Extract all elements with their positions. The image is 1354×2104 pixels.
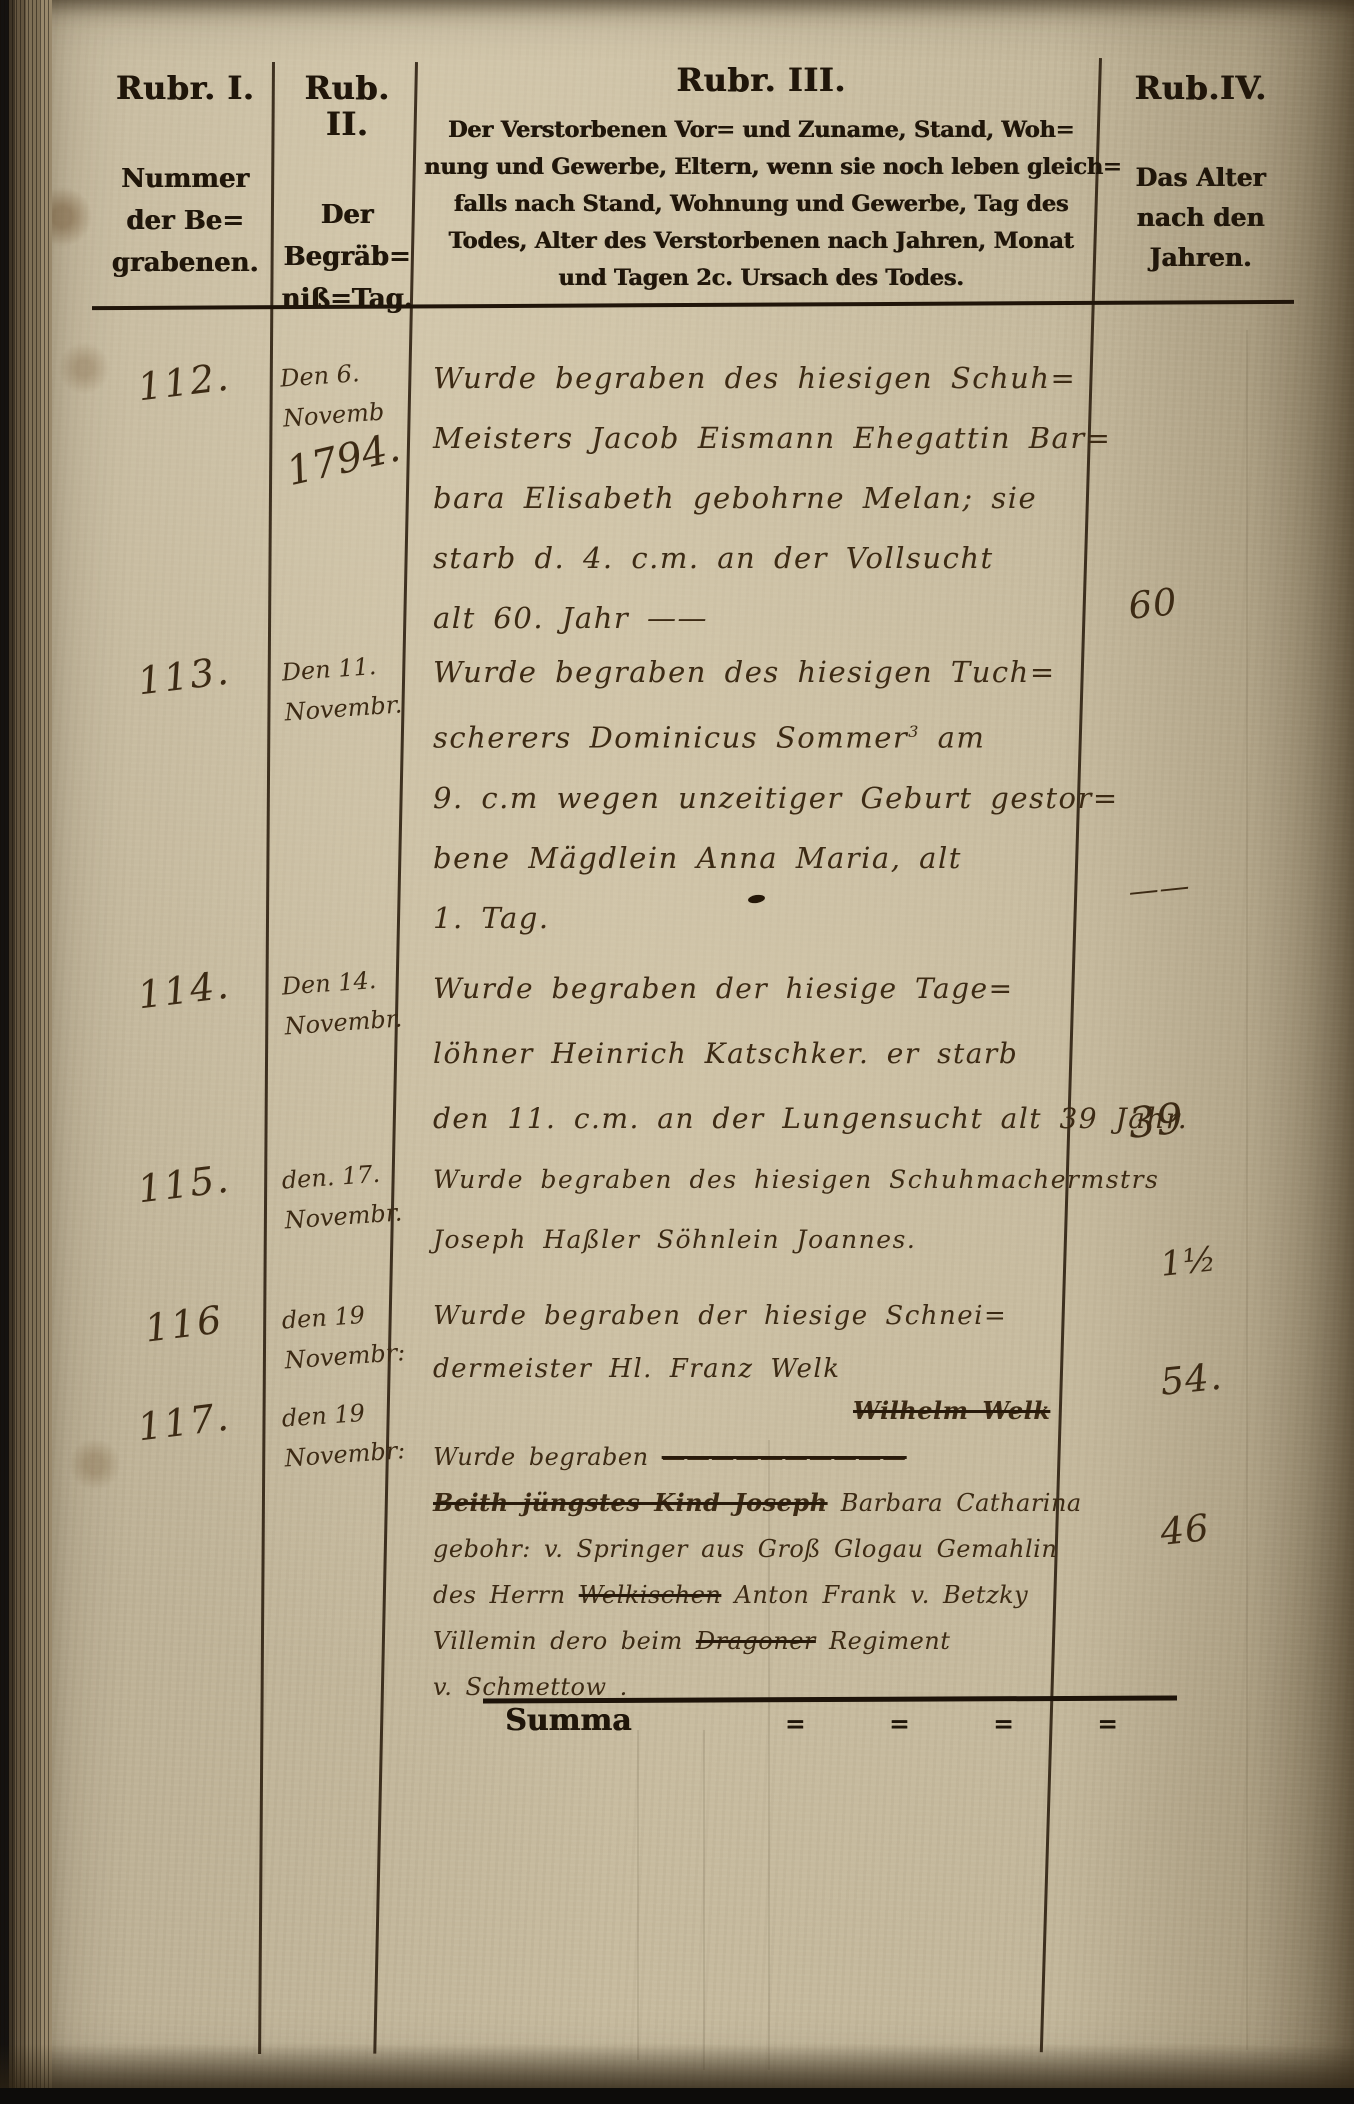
entry-text-line: den 11. c.m. an der Lungensucht alt 39 J… bbox=[433, 1086, 1095, 1151]
photo-background bbox=[0, 2088, 1354, 2104]
text-segment: den 11. c.m. an der Lungensucht alt 39 J… bbox=[433, 1102, 1188, 1135]
rubric-4-label: Das Alter nach den Jahren. bbox=[1103, 158, 1298, 278]
text-segment: Meisters Jacob Eismann Ehegattin Bar= bbox=[433, 421, 1111, 455]
rubric-3-title: Rubr. III. bbox=[424, 62, 1098, 98]
entry-number: 113. bbox=[101, 644, 267, 707]
text-segment: scherers Dominicus Sommer bbox=[433, 721, 908, 755]
entry-text: Wurde begraben der hiesige Schnei=dermei… bbox=[433, 1290, 1095, 1396]
summa-label: Summa bbox=[505, 1703, 631, 1738]
entry-text-line: 9. c.m wegen unzeitiger Geburt gestor= bbox=[433, 768, 1095, 828]
summa-row: Summa = = = = bbox=[0, 1701, 1354, 1745]
rubric-2-title: Rub. II. bbox=[278, 70, 416, 142]
entry-text-line: Beith jüngstes Kind Joseph Barbara Catha… bbox=[433, 1480, 1095, 1526]
text-segment: Regiment bbox=[816, 1627, 951, 1655]
struck-text: —————————— bbox=[662, 1442, 907, 1471]
text-segment: am bbox=[920, 721, 986, 755]
text-segment: alt 60. Jahr —— bbox=[433, 601, 708, 635]
text-segment: bara Elisabeth gebohrne Melan; sie bbox=[433, 481, 1037, 515]
text-segment: Wurde begraben des hiesigen Tuch= bbox=[433, 655, 1056, 689]
page-bottom-shadow bbox=[0, 2044, 1354, 2090]
rubric-2-label: Der Begräb= niß=Tag. bbox=[278, 194, 416, 320]
text-segment: Anton Frank v. Betzky bbox=[721, 1581, 1028, 1609]
entry-number: 115. bbox=[101, 1152, 267, 1215]
entry-number: 114. bbox=[101, 958, 267, 1021]
column-header-1: Rubr. I. Nummer der Be= grabenen. bbox=[95, 70, 275, 284]
entry-text-line: Wurde begraben —————————— bbox=[433, 1434, 1095, 1480]
entry-text-line: alt 60. Jahr —— bbox=[433, 588, 1095, 648]
age-value: 46 bbox=[1158, 1489, 1354, 1554]
entry-number: 112. bbox=[101, 350, 267, 413]
entry-text: Wilhelm WelkWurde begraben ——————————Bei… bbox=[433, 1388, 1095, 1710]
entry-text-line: starb d. 4. c.m. an der Vollsucht bbox=[433, 528, 1095, 588]
text-segment: gebohr: v. Springer aus Groß Glogau Gema… bbox=[433, 1535, 1057, 1563]
struck-text: Welkischen bbox=[579, 1581, 722, 1609]
text-segment: 3 bbox=[908, 722, 920, 741]
entry-text-line: löhner Heinrich Katschker. er starb bbox=[433, 1021, 1095, 1086]
entry-text-line: Wurde begraben des hiesigen Schuhmacherm… bbox=[433, 1150, 1095, 1210]
burial-date: Den 14.Novembr. bbox=[280, 957, 417, 1046]
column-header-3: Rubr. III. Der Verstorbenen Vor= und Zun… bbox=[424, 62, 1098, 297]
paper-crease bbox=[703, 1730, 705, 2070]
text-segment: 1. Tag. bbox=[433, 901, 550, 935]
entry-text-line: scherers Dominicus Sommer3 am bbox=[433, 702, 1095, 768]
text-segment: Barbara Catharina bbox=[828, 1489, 1082, 1517]
text-segment: Wurde begraben bbox=[433, 1443, 662, 1471]
entry-text: Wurde begraben des hiesigen Schuhmacherm… bbox=[433, 1150, 1095, 1270]
text-segment: Wurde begraben der hiesige Schnei= bbox=[433, 1301, 1007, 1331]
book-page-edges bbox=[0, 0, 52, 2104]
struck-text: Wilhelm Welk bbox=[853, 1396, 1050, 1425]
rubric-1-label: Nummer der Be= grabenen. bbox=[95, 158, 275, 284]
burial-date-line: Novembr: bbox=[283, 1429, 417, 1478]
entry-text-line: Wurde begraben der hiesige Schnei= bbox=[433, 1290, 1095, 1343]
age-value: 1½ bbox=[1158, 1223, 1354, 1285]
entry-text-line: Joseph Haßler Söhnlein Joannes. bbox=[433, 1210, 1095, 1270]
entry-text-line: Villemin dero beim Dragoner Regiment bbox=[433, 1618, 1095, 1664]
entry-text-line: Meisters Jacob Eismann Ehegattin Bar= bbox=[433, 408, 1095, 468]
entry-text-line: Wurde begraben der hiesige Tage= bbox=[433, 956, 1095, 1021]
rubric-3-label: Der Verstorbenen Vor= und Zuname, Stand,… bbox=[424, 112, 1098, 297]
text-segment: Wurde begraben des hiesigen Schuhmacherm… bbox=[433, 1165, 1159, 1194]
photographed-burial-register-page: Rubr. I. Nummer der Be= grabenen. Rub. I… bbox=[0, 0, 1354, 2104]
burial-date: den 19Novembr: bbox=[280, 1389, 417, 1478]
text-segment: Joseph Haßler Söhnlein Joannes. bbox=[433, 1225, 916, 1254]
column-header-2: Rub. II. Der Begräb= niß=Tag. bbox=[278, 70, 416, 320]
text-segment: dermeister Hl. Franz Welk bbox=[433, 1354, 840, 1384]
burial-date: den 19Novembr: bbox=[280, 1291, 417, 1380]
paper-crease bbox=[637, 1730, 639, 2060]
age-value: 39 bbox=[1126, 1077, 1340, 1148]
entry-text: Wurde begraben des hiesigen Schuh=Meiste… bbox=[433, 348, 1095, 648]
entry-number: 117. bbox=[101, 1390, 267, 1453]
age-value: —— bbox=[1127, 853, 1340, 910]
text-segment: v. Schmettow . bbox=[433, 1673, 628, 1701]
burial-date-line: Novembr: bbox=[283, 1331, 417, 1380]
text-segment: löhner Heinrich Katschker. er starb bbox=[433, 1037, 1018, 1070]
burial-date-line: Novembr. bbox=[283, 1191, 417, 1240]
column-header-4: Rub.IV. Das Alter nach den Jahren. bbox=[1103, 70, 1298, 278]
text-segment: des Herrn bbox=[433, 1581, 579, 1609]
burial-date-line: Novembr. bbox=[283, 683, 417, 732]
struck-text: Beith jüngstes Kind Joseph bbox=[433, 1488, 828, 1517]
age-value: 54. bbox=[1158, 1339, 1354, 1404]
entry-text-line: bene Mägdlein Anna Maria, alt bbox=[433, 828, 1095, 888]
entry-text-line: des Herrn Welkischen Anton Frank v. Betz… bbox=[433, 1572, 1095, 1618]
entry-text: Wurde begraben des hiesigen Tuch=scherer… bbox=[433, 642, 1095, 948]
summa-dashes: = = = = bbox=[785, 1709, 1117, 1738]
text-segment: starb d. 4. c.m. an der Vollsucht bbox=[433, 541, 994, 575]
entry-text-line: Wurde begraben des hiesigen Tuch= bbox=[433, 642, 1095, 702]
entry-text: Wurde begraben der hiesige Tage=löhner H… bbox=[433, 956, 1095, 1151]
entry-text-line: Wilhelm Welk bbox=[433, 1388, 1095, 1434]
text-segment: bene Mägdlein Anna Maria, alt bbox=[433, 841, 962, 875]
entry-number: 116 bbox=[101, 1292, 267, 1355]
entry-text-line: Wurde begraben des hiesigen Schuh= bbox=[433, 348, 1095, 408]
rubric-1-title: Rubr. I. bbox=[95, 70, 275, 106]
struck-text: Dragoner bbox=[696, 1627, 816, 1655]
text-segment: Wurde begraben der hiesige Tage= bbox=[433, 972, 1014, 1005]
entry-text-line: bara Elisabeth gebohrne Melan; sie bbox=[433, 468, 1095, 528]
register-paper: Rubr. I. Nummer der Be= grabenen. Rub. I… bbox=[0, 0, 1354, 2104]
text-segment: Wurde begraben des hiesigen Schuh= bbox=[433, 361, 1076, 395]
text-segment: Villemin dero beim bbox=[433, 1627, 696, 1655]
age-value: 60 bbox=[1126, 563, 1339, 628]
entry-text-line: gebohr: v. Springer aus Groß Glogau Gema… bbox=[433, 1526, 1095, 1572]
entry-text-line: 1. Tag. bbox=[433, 888, 1095, 948]
burial-date: Den 6.Novemb1794. bbox=[279, 350, 419, 483]
rubric-4-title: Rub.IV. bbox=[1103, 70, 1298, 106]
burial-date: Den 11.Novembr. bbox=[280, 643, 417, 732]
burial-date: den. 17.Novembr. bbox=[280, 1151, 417, 1240]
text-segment: 9. c.m wegen unzeitiger Geburt gestor= bbox=[433, 781, 1119, 815]
